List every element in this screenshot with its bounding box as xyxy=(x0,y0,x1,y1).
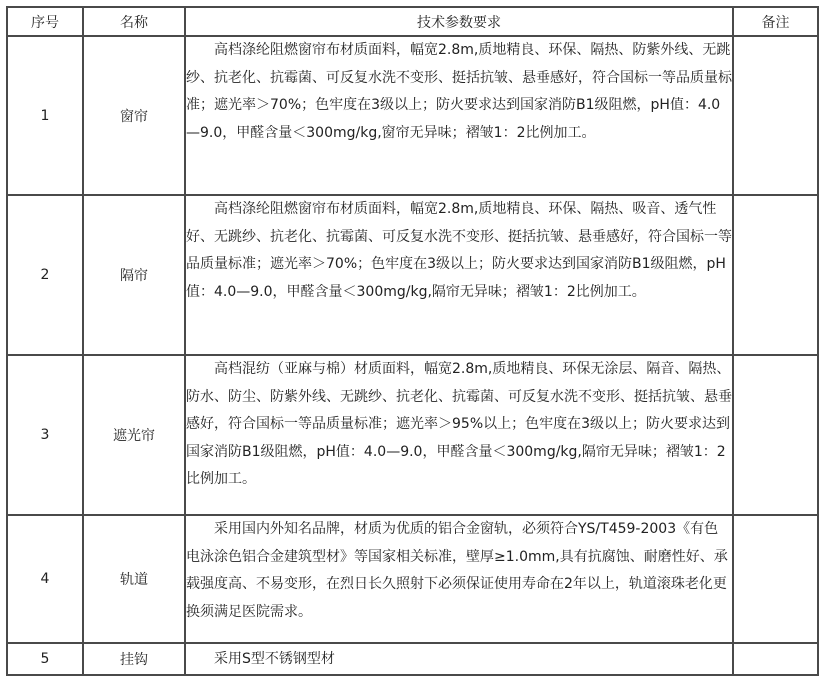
cell-remark xyxy=(733,643,818,675)
header-no: 序号 xyxy=(7,7,83,36)
cell-remark xyxy=(733,195,818,355)
cell-spec: 高档混纺（亚麻与棉）材质面料，幅宽2.8m,质地精良、环保无涂层、隔音、隔热、防… xyxy=(185,355,733,515)
cell-name: 挂钩 xyxy=(83,643,185,675)
cell-spec: 采用国内外知名品牌，材质为优质的铝合金窗轨，必须符合YS/T459-2003《有… xyxy=(185,515,733,643)
cell-name: 遮光帘 xyxy=(83,355,185,515)
cell-remark xyxy=(733,515,818,643)
table-row: 3 遮光帘 高档混纺（亚麻与棉）材质面料，幅宽2.8m,质地精良、环保无涂层、隔… xyxy=(7,355,818,515)
cell-spec: 高档涤纶阻燃窗帘布材质面料，幅宽2.8m,质地精良、环保、隔热、吸音、透气性好、… xyxy=(185,195,733,355)
table-row: 2 隔帘 高档涤纶阻燃窗帘布材质面料，幅宽2.8m,质地精良、环保、隔热、吸音、… xyxy=(7,195,818,355)
spec-text: 采用国内外知名品牌，材质为优质的铝合金窗轨，必须符合YS/T459-2003《有… xyxy=(186,516,732,626)
cell-name: 窗帘 xyxy=(83,36,185,195)
cell-remark xyxy=(733,36,818,195)
spec-text: 高档涤纶阻燃窗帘布材质面料，幅宽2.8m,质地精良、环保、隔热、吸音、透气性好、… xyxy=(186,196,732,306)
table-row: 1 窗帘 高档涤纶阻燃窗帘布材质面料，幅宽2.8m,质地精良、环保、隔热、防紫外… xyxy=(7,36,818,195)
spec-text: 高档涤纶阻燃窗帘布材质面料，幅宽2.8m,质地精良、环保、隔热、防紫外线、无跳纱… xyxy=(186,37,732,147)
cell-no: 5 xyxy=(7,643,83,675)
cell-spec: 采用S型不锈钢型材 xyxy=(185,643,733,675)
spec-text: 采用S型不锈钢型材 xyxy=(186,646,732,672)
cell-no: 3 xyxy=(7,355,83,515)
cell-spec: 高档涤纶阻燃窗帘布材质面料，幅宽2.8m,质地精良、环保、隔热、防紫外线、无跳纱… xyxy=(185,36,733,195)
cell-remark xyxy=(733,355,818,515)
cell-no: 2 xyxy=(7,195,83,355)
cell-no: 4 xyxy=(7,515,83,643)
cell-name: 轨道 xyxy=(83,515,185,643)
header-spec: 技术参数要求 xyxy=(185,7,733,36)
table-row: 5 挂钩 采用S型不锈钢型材 xyxy=(7,643,818,675)
table-row: 4 轨道 采用国内外知名品牌，材质为优质的铝合金窗轨，必须符合YS/T459-2… xyxy=(7,515,818,643)
cell-name: 隔帘 xyxy=(83,195,185,355)
header-remark: 备注 xyxy=(733,7,818,36)
spec-table: 序号 名称 技术参数要求 备注 1 窗帘 高档涤纶阻燃窗帘布材质面料，幅宽2.8… xyxy=(6,6,819,676)
header-name: 名称 xyxy=(83,7,185,36)
spec-text: 高档混纺（亚麻与棉）材质面料，幅宽2.8m,质地精良、环保无涂层、隔音、隔热、防… xyxy=(186,356,732,494)
table-header-row: 序号 名称 技术参数要求 备注 xyxy=(7,7,818,36)
cell-no: 1 xyxy=(7,36,83,195)
